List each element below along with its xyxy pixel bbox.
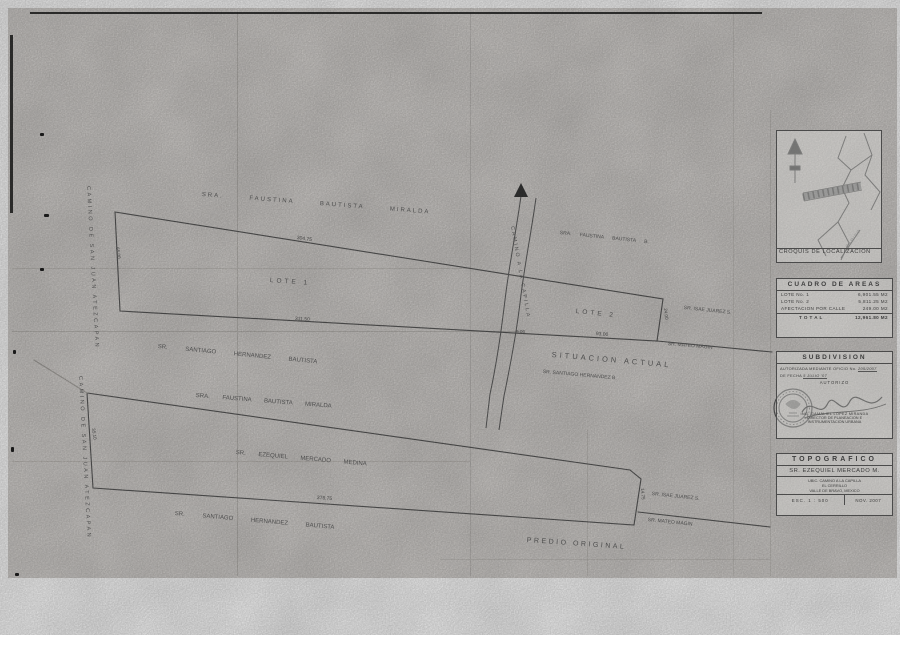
titleblock: TOPOGRAFICO SR. EZEQUIEL MERCADO M. UBIC… <box>776 453 893 516</box>
dimension-lote2-bottom: 93.00 <box>596 332 609 338</box>
dimension-right-edge-lower: 14.75 <box>639 488 644 500</box>
titleblock-location: UBIC. CAMINO A LA CAPILLA EL CERRILLO VA… <box>777 477 892 496</box>
table-row: LOTE No. 2 5,811.25 M2 <box>777 298 892 305</box>
table-row: AFECTACION POR CALLE 249.00 M2 <box>777 305 892 314</box>
dimension-left-edge-lower: 35.10 <box>90 428 96 440</box>
titleblock-bottom-row: ESC. 1 : 500 NOV. 2007 <box>777 495 892 505</box>
oficio-number-handwritten: 205/2007 <box>858 366 877 372</box>
subdivision-line2: DE FECHA 5 JULIO '07 <box>777 371 892 378</box>
oficio-prefix: AUTORIZADA MEDIANTE OFICIO No. <box>780 366 857 371</box>
croquis-title: CROQUIS DE LOCALIZACION <box>779 250 871 256</box>
dimension-road-width: 9.06 <box>516 330 525 335</box>
subdivision-box: SUBDIVISION AUTORIZADA MEDIANTE OFICIO N… <box>776 351 893 439</box>
titleblock-owner: SR. EZEQUIEL MERCADO M. <box>777 466 892 477</box>
authorized-label: AUTORIZO <box>777 378 892 385</box>
table-row: LOTE No. 1 6,901.55 M2 <box>777 291 892 298</box>
titleblock-title: TOPOGRAFICO <box>777 454 892 466</box>
survey-drawing <box>0 0 900 650</box>
location-line3: VALLE DE BRAVO, MEXICO <box>777 488 892 493</box>
scale-cell: ESC. 1 : 500 <box>777 495 845 505</box>
dimension-lower-bottom: 376.75 <box>317 496 333 502</box>
subdivision-line1: AUTORIZADA MEDIANTE OFICIO No. 205/2007 <box>777 364 892 371</box>
scanned-survey-sheet: SRA. FAUSTINA BAUTISTA MIRALDA 304.75 LO… <box>0 0 900 650</box>
officer-title-line2: INSTRUMENTACION URBANA <box>777 420 892 424</box>
date-cell: NOV. 2007 <box>845 495 893 505</box>
dimension-right-edge-upper: 24.00 <box>662 308 668 320</box>
dimension-left-edge-upper: 65.00 <box>114 247 120 259</box>
areas-row-label: AFECTACION POR CALLE <box>781 306 845 311</box>
croquis-box: CROQUIS DE LOCALIZACION <box>776 130 882 263</box>
areas-total-row: T O T A L 12,961.80 M2 <box>777 314 892 321</box>
fecha-value-handwritten: 5 JULIO '07 <box>803 373 827 379</box>
scan-blotch-overlay <box>8 8 897 578</box>
subdivision-title: SUBDIVISION <box>777 352 892 364</box>
areas-total-value: 12,961.80 M2 <box>855 315 888 320</box>
areas-row-value: 6,901.55 M2 <box>858 292 888 297</box>
areas-title: CUADRO DE AREAS <box>777 279 892 291</box>
areas-row-label: LOTE No. 1 <box>781 292 809 297</box>
areas-total-label: T O T A L <box>781 315 823 320</box>
dimension-lote1-bottom: 311.50 <box>295 317 310 323</box>
areas-row-label: LOTE No. 2 <box>781 299 809 304</box>
areas-table: CUADRO DE AREAS LOTE No. 1 6,901.55 M2 L… <box>776 278 893 338</box>
areas-row-value: 5,811.25 M2 <box>858 299 888 304</box>
fecha-prefix: DE FECHA <box>780 373 802 378</box>
areas-row-value: 249.00 M2 <box>863 306 888 311</box>
